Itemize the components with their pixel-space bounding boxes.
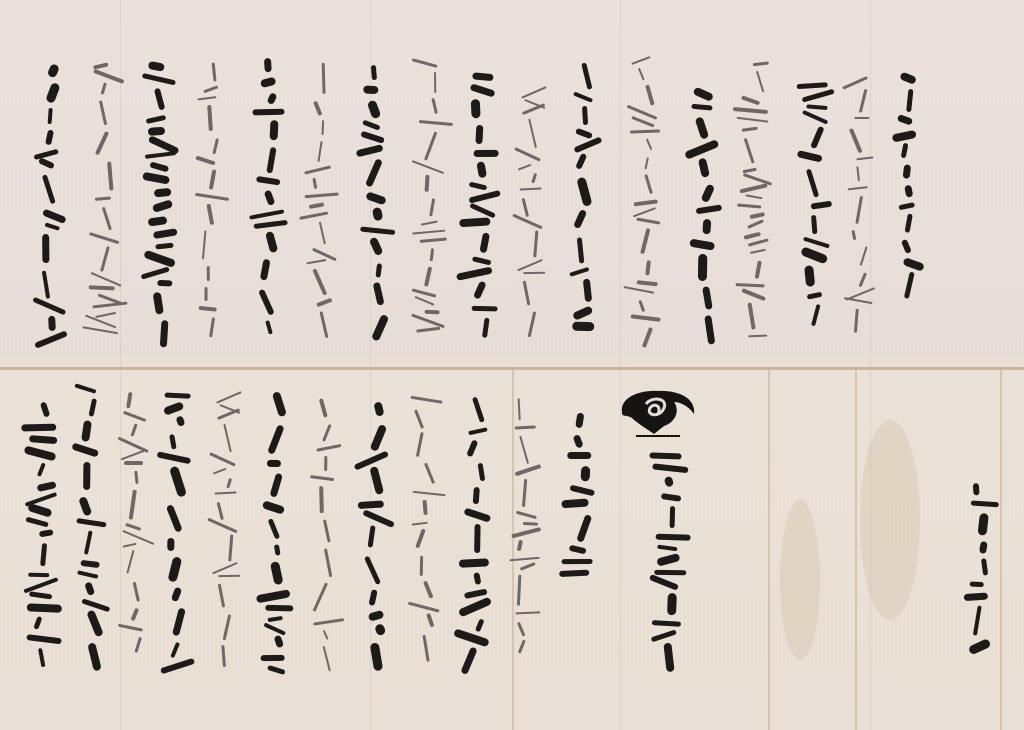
brush-stroke bbox=[810, 200, 831, 209]
brush-stroke bbox=[308, 202, 323, 209]
brush-stroke bbox=[207, 204, 214, 226]
brush-stroke bbox=[267, 665, 285, 675]
brush-stroke bbox=[977, 512, 988, 535]
vertical-fold-line bbox=[768, 370, 770, 730]
brush-stroke bbox=[371, 65, 378, 80]
brush-stroke bbox=[124, 461, 143, 465]
brush-stroke bbox=[34, 149, 60, 160]
vertical-fold-line bbox=[855, 370, 857, 730]
brush-stroke bbox=[218, 584, 226, 609]
brush-stroke bbox=[638, 68, 645, 81]
brush-stroke bbox=[42, 174, 56, 205]
brush-stroke bbox=[26, 635, 61, 645]
calligraphy-column bbox=[250, 55, 290, 345]
brush-stroke bbox=[264, 58, 272, 72]
brush-stroke bbox=[266, 146, 276, 172]
brush-stroke bbox=[195, 193, 229, 201]
brush-stroke bbox=[703, 219, 712, 235]
brush-stroke bbox=[101, 206, 111, 230]
brush-stroke bbox=[698, 158, 711, 179]
brush-stroke bbox=[373, 401, 384, 416]
brush-stroke bbox=[412, 521, 428, 525]
brush-stroke bbox=[642, 327, 653, 348]
brush-stroke bbox=[42, 270, 51, 299]
brush-stroke bbox=[118, 624, 143, 632]
brush-stroke bbox=[573, 209, 587, 229]
brush-stroke bbox=[154, 188, 172, 198]
brush-stroke bbox=[569, 485, 594, 497]
brush-stroke bbox=[367, 526, 375, 548]
brush-stroke bbox=[704, 315, 715, 344]
brush-stroke bbox=[362, 119, 380, 130]
calligraphy-column bbox=[795, 80, 835, 335]
brush-stroke bbox=[663, 643, 674, 672]
brush-stroke bbox=[316, 298, 333, 307]
brush-stroke bbox=[743, 232, 760, 240]
brush-stroke bbox=[202, 231, 207, 260]
brush-stroke bbox=[203, 85, 218, 93]
brush-stroke bbox=[152, 292, 164, 315]
brush-stroke bbox=[77, 570, 99, 578]
brush-stroke bbox=[459, 217, 490, 227]
brush-stroke bbox=[859, 273, 868, 288]
brush-stroke bbox=[26, 604, 61, 613]
brush-stroke bbox=[370, 424, 388, 452]
calligraphy-column bbox=[405, 395, 445, 665]
brush-stroke bbox=[652, 464, 688, 474]
brush-stroke bbox=[472, 487, 480, 505]
brush-stroke bbox=[223, 423, 232, 452]
brush-stroke bbox=[575, 412, 584, 427]
brush-stroke bbox=[426, 613, 434, 627]
brush-stroke bbox=[528, 118, 537, 148]
brush-stroke bbox=[459, 559, 489, 568]
brush-stroke bbox=[33, 616, 42, 629]
brush-stroke bbox=[143, 249, 176, 268]
brush-stroke bbox=[797, 82, 829, 89]
brush-stroke bbox=[272, 391, 287, 417]
brush-stroke bbox=[664, 476, 674, 488]
brush-stroke bbox=[374, 623, 386, 636]
brush-stroke bbox=[517, 640, 525, 654]
brush-stroke bbox=[797, 151, 823, 164]
brush-stroke bbox=[323, 519, 331, 542]
brush-stroke bbox=[645, 260, 650, 275]
brush-stroke bbox=[71, 443, 99, 459]
brush-stroke bbox=[270, 561, 283, 586]
brush-stroke bbox=[969, 581, 984, 587]
brush-stroke bbox=[323, 424, 333, 442]
brush-stroke bbox=[479, 232, 489, 253]
brush-stroke bbox=[312, 582, 328, 612]
brush-stroke bbox=[369, 589, 378, 606]
brush-stroke bbox=[305, 193, 339, 198]
brush-stroke bbox=[88, 285, 114, 290]
brush-stroke bbox=[569, 545, 587, 555]
brush-stroke bbox=[732, 107, 767, 114]
brush-stroke bbox=[145, 115, 166, 124]
brush-stroke bbox=[624, 286, 655, 294]
brush-stroke bbox=[46, 63, 59, 79]
brush-stroke bbox=[131, 608, 139, 622]
brush-stroke bbox=[582, 106, 588, 126]
brush-stroke bbox=[77, 518, 107, 527]
brush-stroke bbox=[802, 110, 828, 125]
brush-stroke bbox=[458, 596, 492, 617]
calligraphy-column bbox=[840, 76, 880, 336]
brush-stroke bbox=[429, 248, 434, 262]
brush-stroke bbox=[265, 231, 278, 254]
brush-stroke bbox=[360, 226, 395, 234]
brush-stroke bbox=[310, 475, 334, 481]
brush-stroke bbox=[412, 58, 438, 68]
brush-stroke bbox=[657, 544, 677, 551]
brush-stroke bbox=[412, 313, 446, 328]
brush-stroke bbox=[468, 190, 501, 204]
brush-stroke bbox=[90, 272, 121, 287]
brush-stroke bbox=[166, 505, 182, 533]
brush-stroke bbox=[748, 335, 767, 338]
brush-stroke bbox=[319, 311, 328, 338]
brush-stroke bbox=[126, 392, 132, 409]
brush-stroke bbox=[469, 428, 489, 436]
brush-stroke bbox=[165, 393, 191, 399]
brush-stroke bbox=[748, 220, 765, 230]
brush-stroke bbox=[313, 100, 322, 115]
brush-stroke bbox=[372, 207, 383, 222]
brush-stroke bbox=[735, 283, 764, 287]
brush-stroke bbox=[47, 108, 53, 125]
brush-stroke bbox=[132, 581, 139, 602]
calligraphy-column bbox=[565, 60, 605, 340]
brush-stroke bbox=[95, 131, 109, 155]
brush-stroke bbox=[40, 401, 51, 417]
brush-stroke bbox=[517, 163, 531, 170]
brush-stroke bbox=[744, 138, 755, 164]
calligraphy-column bbox=[625, 55, 665, 350]
brush-stroke bbox=[843, 297, 872, 304]
brush-stroke bbox=[322, 63, 326, 94]
brush-stroke bbox=[741, 95, 760, 105]
brush-stroke bbox=[262, 500, 286, 515]
brush-stroke bbox=[88, 398, 96, 416]
brush-stroke bbox=[753, 61, 769, 65]
brush-stroke bbox=[148, 61, 165, 72]
calligraphy-column bbox=[30, 60, 70, 350]
brush-stroke bbox=[453, 629, 490, 648]
brush-stroke bbox=[654, 570, 686, 575]
calligraphy-column bbox=[455, 395, 495, 680]
brush-stroke bbox=[637, 280, 659, 286]
brush-stroke bbox=[424, 463, 435, 484]
brush-stroke bbox=[29, 436, 57, 445]
brush-stroke bbox=[523, 280, 531, 305]
brush-stroke bbox=[38, 158, 55, 170]
brush-stroke bbox=[514, 148, 541, 163]
brush-stroke bbox=[369, 237, 383, 257]
brush-stroke bbox=[810, 126, 825, 150]
brush-stroke bbox=[260, 259, 271, 281]
brush-stroke bbox=[633, 207, 657, 218]
brush-stroke bbox=[267, 424, 285, 455]
brush-stroke bbox=[175, 415, 185, 427]
document-sheet bbox=[0, 0, 1024, 730]
brush-stroke bbox=[25, 516, 48, 526]
brush-stroke bbox=[157, 451, 191, 464]
brush-stroke bbox=[899, 72, 917, 85]
brush-stroke bbox=[198, 96, 217, 100]
brush-stroke bbox=[364, 556, 381, 585]
brush-stroke bbox=[859, 88, 868, 112]
calligraphy-column bbox=[140, 60, 180, 350]
brush-stroke bbox=[695, 116, 709, 139]
brush-stroke bbox=[434, 72, 436, 93]
brush-stroke bbox=[522, 104, 546, 116]
brush-stroke bbox=[316, 444, 341, 452]
brush-stroke bbox=[84, 582, 95, 596]
brush-stroke bbox=[256, 176, 280, 186]
brush-stroke bbox=[424, 131, 437, 160]
brush-stroke bbox=[514, 464, 541, 476]
brush-stroke bbox=[95, 311, 116, 317]
brush-stroke bbox=[477, 463, 485, 481]
paper-crease bbox=[620, 0, 621, 730]
brush-stroke bbox=[416, 432, 424, 457]
brush-stroke bbox=[470, 83, 496, 97]
brush-stroke bbox=[636, 217, 660, 225]
brush-stroke bbox=[737, 116, 769, 122]
brush-stroke bbox=[652, 620, 682, 627]
brush-stroke bbox=[415, 296, 436, 306]
paper-stain bbox=[780, 500, 820, 660]
brush-stroke bbox=[631, 56, 650, 65]
brush-stroke bbox=[690, 238, 716, 250]
calligraphy-column bbox=[355, 400, 395, 675]
brush-stroke bbox=[83, 462, 91, 490]
brush-stroke bbox=[45, 82, 60, 104]
brush-stroke bbox=[804, 266, 815, 288]
brush-stroke bbox=[313, 269, 328, 296]
brush-stroke bbox=[265, 320, 273, 335]
brush-stroke bbox=[324, 548, 332, 577]
brush-stroke bbox=[198, 306, 217, 312]
brush-stroke bbox=[903, 257, 926, 271]
brush-stroke bbox=[267, 616, 282, 622]
brush-stroke bbox=[469, 202, 495, 218]
brush-stroke bbox=[81, 420, 92, 442]
brush-stroke bbox=[123, 411, 146, 422]
brush-stroke bbox=[80, 560, 100, 568]
brush-stroke bbox=[261, 655, 285, 661]
brush-stroke bbox=[210, 318, 216, 338]
calligraphy-column bbox=[505, 395, 545, 665]
brush-stroke bbox=[163, 402, 184, 416]
brush-stroke bbox=[857, 156, 874, 160]
brush-stroke bbox=[902, 165, 910, 179]
brush-stroke bbox=[907, 88, 914, 112]
brush-stroke bbox=[968, 638, 992, 655]
brush-stroke bbox=[515, 425, 537, 429]
calligraphy-column bbox=[460, 70, 500, 340]
brush-stroke bbox=[696, 204, 723, 214]
brush-stroke bbox=[656, 533, 691, 540]
brush-stroke bbox=[158, 280, 173, 287]
brush-stroke bbox=[304, 165, 331, 174]
brush-stroke bbox=[511, 528, 541, 539]
brush-stroke bbox=[32, 297, 66, 316]
brush-stroke bbox=[649, 574, 679, 591]
calligraphy-column bbox=[685, 88, 725, 348]
brush-stroke bbox=[170, 642, 180, 659]
brush-stroke bbox=[904, 213, 912, 232]
brush-stroke bbox=[260, 77, 277, 88]
brush-stroke bbox=[651, 629, 677, 642]
brush-stroke bbox=[756, 70, 765, 92]
brush-stroke bbox=[265, 605, 293, 612]
brush-stroke bbox=[742, 127, 758, 132]
calligraphy-column bbox=[155, 390, 195, 680]
brush-stroke bbox=[36, 481, 56, 492]
brush-stroke bbox=[23, 577, 58, 593]
brush-stroke bbox=[476, 161, 487, 178]
brush-stroke bbox=[125, 523, 141, 531]
brush-stroke bbox=[472, 72, 494, 81]
brush-stroke bbox=[144, 152, 175, 160]
brush-stroke bbox=[473, 573, 481, 586]
brush-stroke bbox=[472, 397, 485, 424]
brush-stroke bbox=[419, 120, 453, 126]
brush-stroke bbox=[313, 178, 318, 189]
brush-stroke bbox=[474, 524, 480, 553]
brush-stroke bbox=[134, 471, 138, 484]
brush-stroke bbox=[800, 246, 829, 264]
brush-stroke bbox=[582, 278, 591, 302]
brush-stroke bbox=[425, 175, 430, 193]
brush-stroke bbox=[517, 259, 542, 271]
brush-stroke bbox=[324, 456, 328, 471]
calligraphy-column bbox=[190, 60, 230, 340]
brush-stroke bbox=[142, 172, 170, 185]
brush-stroke bbox=[755, 260, 762, 279]
brush-stroke bbox=[209, 170, 216, 191]
brush-stroke bbox=[267, 460, 281, 467]
brush-stroke bbox=[413, 491, 446, 497]
brush-stroke bbox=[644, 157, 649, 169]
brush-stroke bbox=[573, 137, 602, 154]
brush-stroke bbox=[745, 194, 762, 199]
brush-stroke bbox=[463, 507, 491, 522]
brush-stroke bbox=[270, 120, 279, 140]
brush-stroke bbox=[855, 117, 870, 119]
brush-stroke bbox=[971, 501, 999, 508]
brush-stroke bbox=[811, 215, 817, 235]
brush-stroke bbox=[425, 310, 440, 314]
brush-stroke bbox=[274, 544, 281, 556]
brush-stroke bbox=[358, 500, 384, 509]
brush-stroke bbox=[250, 209, 285, 220]
brush-stroke bbox=[469, 182, 487, 190]
brush-stroke bbox=[429, 199, 435, 217]
brush-stroke bbox=[154, 88, 165, 111]
brush-stroke bbox=[39, 529, 54, 538]
brush-stroke bbox=[482, 318, 489, 338]
calligraphy-column bbox=[355, 62, 395, 342]
brush-stroke bbox=[369, 466, 384, 495]
calligraphy-column bbox=[560, 410, 600, 585]
brush-stroke bbox=[750, 249, 766, 254]
brush-stroke bbox=[147, 126, 164, 135]
brush-stroke bbox=[852, 230, 857, 240]
brush-stroke bbox=[964, 593, 989, 602]
brush-stroke bbox=[639, 299, 646, 311]
brush-stroke bbox=[854, 308, 859, 333]
brush-stroke bbox=[207, 518, 237, 533]
brush-stroke bbox=[42, 208, 67, 224]
brush-stroke bbox=[684, 139, 719, 160]
brush-stroke bbox=[207, 266, 210, 281]
brush-stroke bbox=[207, 105, 212, 131]
brush-stroke bbox=[573, 91, 593, 103]
brush-stroke bbox=[408, 602, 440, 613]
brush-stroke bbox=[904, 272, 915, 299]
calligraphy-column bbox=[648, 450, 688, 675]
brush-stroke bbox=[89, 232, 119, 244]
brush-stroke bbox=[415, 528, 425, 548]
brush-stroke bbox=[901, 143, 909, 159]
brush-stroke bbox=[362, 509, 395, 528]
brush-stroke bbox=[456, 266, 492, 280]
brush-stroke bbox=[691, 104, 712, 111]
brush-stroke bbox=[856, 195, 864, 223]
brush-stroke bbox=[743, 173, 772, 186]
brush-stroke bbox=[476, 124, 484, 143]
brush-stroke bbox=[518, 398, 521, 420]
brush-stroke bbox=[126, 550, 134, 574]
brush-stroke bbox=[92, 302, 127, 309]
brush-stroke bbox=[748, 239, 769, 247]
brush-stroke bbox=[470, 99, 480, 119]
brush-stroke bbox=[640, 228, 650, 254]
brush-stroke bbox=[515, 611, 540, 615]
brush-stroke bbox=[41, 543, 48, 567]
brush-stroke bbox=[74, 383, 96, 393]
brush-stroke bbox=[44, 222, 59, 231]
brush-stroke bbox=[892, 130, 917, 142]
brush-stroke bbox=[222, 614, 230, 640]
brush-stroke bbox=[122, 530, 154, 545]
brush-stroke bbox=[300, 211, 329, 219]
brush-stroke bbox=[423, 500, 428, 516]
brush-stroke bbox=[973, 483, 980, 496]
brush-stroke bbox=[317, 141, 322, 162]
brush-stroke bbox=[661, 493, 682, 502]
brush-stroke bbox=[21, 423, 56, 430]
brush-stroke bbox=[38, 648, 46, 667]
brush-stroke bbox=[42, 234, 50, 263]
brush-stroke bbox=[517, 575, 522, 606]
brush-stroke bbox=[169, 466, 187, 498]
brush-stroke bbox=[472, 305, 498, 311]
brush-stroke bbox=[216, 391, 241, 404]
brush-stroke bbox=[562, 559, 593, 564]
brush-stroke bbox=[160, 320, 168, 348]
brush-stroke bbox=[748, 303, 756, 330]
brush-stroke bbox=[263, 190, 275, 207]
brush-stroke bbox=[572, 434, 583, 448]
brush-stroke bbox=[693, 87, 714, 102]
calligraphy-column bbox=[300, 60, 340, 345]
brush-stroke bbox=[319, 486, 324, 513]
